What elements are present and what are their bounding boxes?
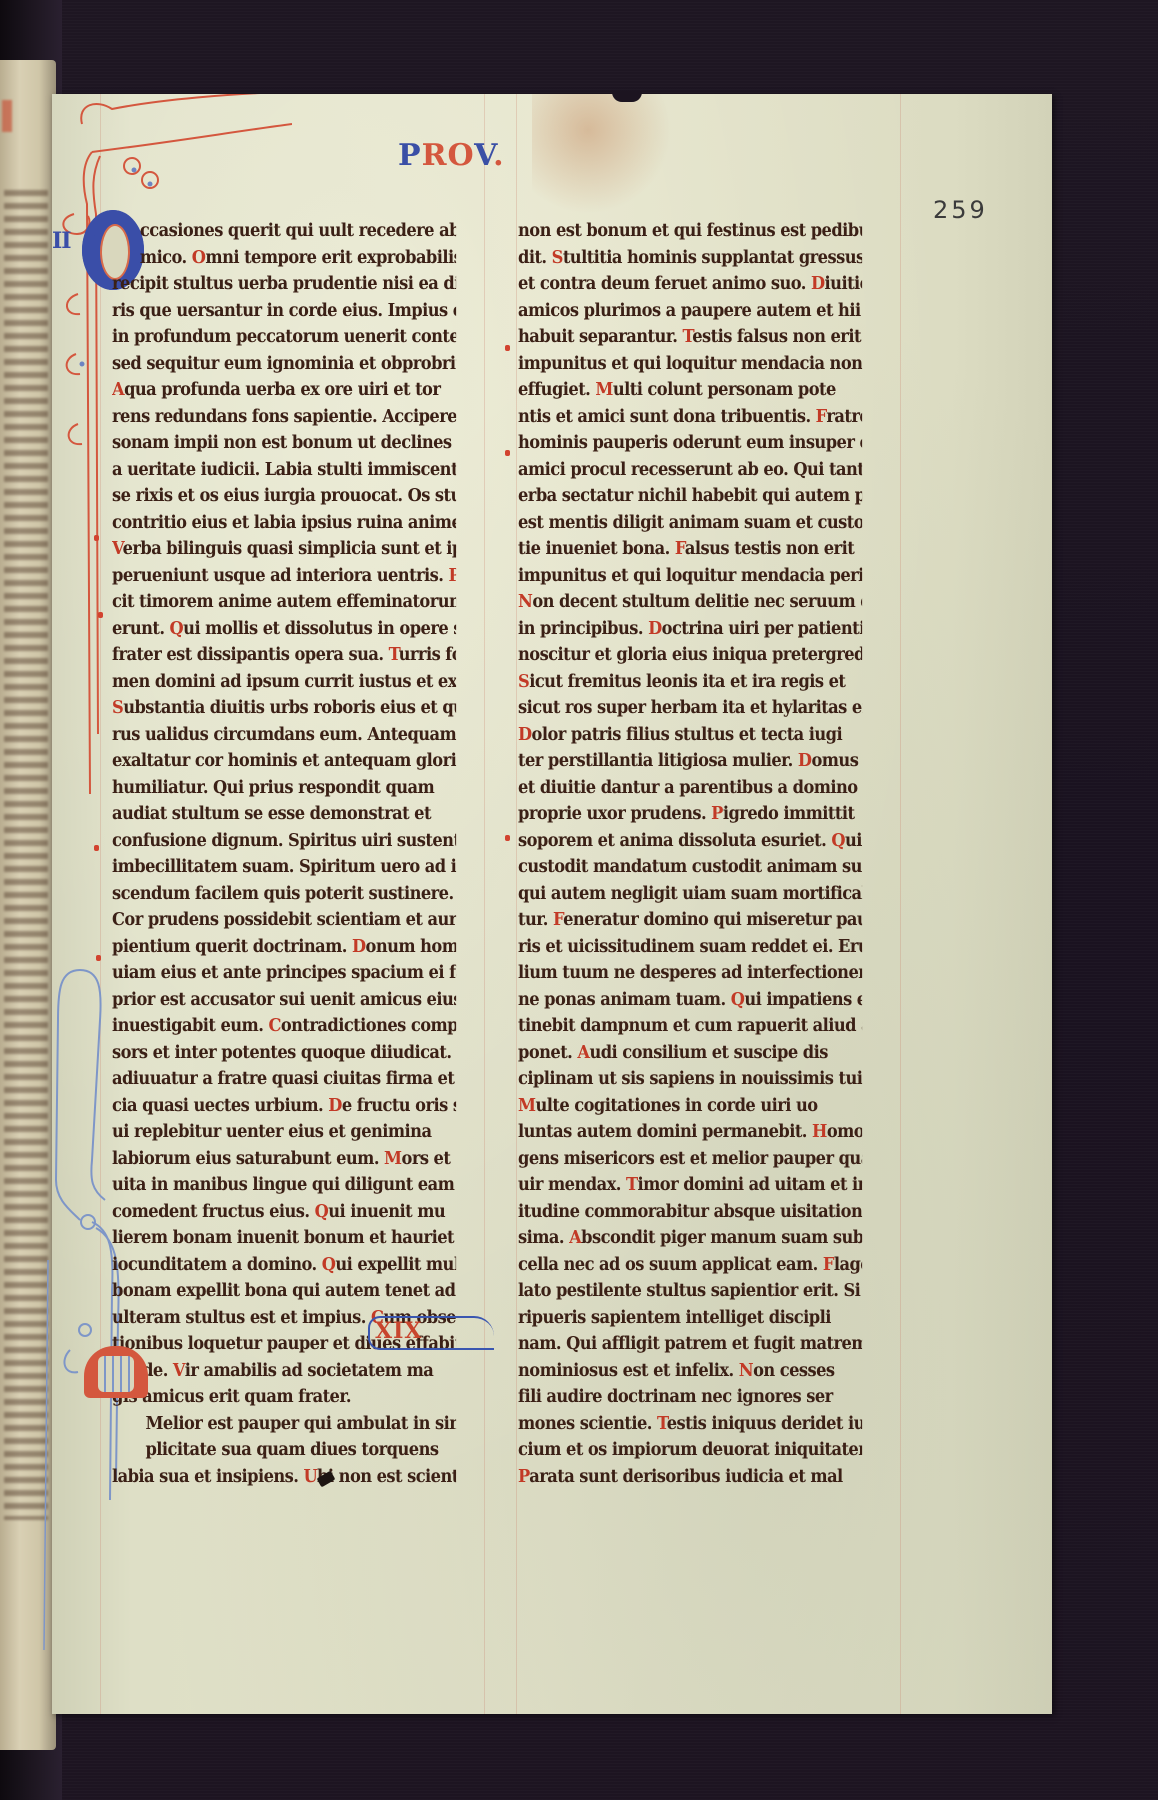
manuscript-text-line: tur. Feneratur domino qui miseretur paup…	[518, 907, 862, 934]
manuscript-text-line: amicos plurimos a paupere autem et hii q…	[518, 298, 862, 325]
running-head: PROV.	[398, 138, 505, 173]
blue-penwork-flourish-icon	[30, 960, 120, 1660]
manuscript-text-line: sicut ros super herbam ita et hylaritas …	[518, 695, 862, 722]
manuscript-text-line: ripueris sapientem intelliget discipli	[518, 1305, 862, 1332]
manuscript-text-line: mico. Omni tempore erit exprobabilis. No…	[112, 245, 456, 272]
manuscript-text-line: nominiosus est et infelix. Non cesses	[518, 1358, 862, 1385]
manuscript-text-line: cia quasi uectes urbium. De fructu oris …	[112, 1093, 456, 1120]
rubricated-capital: S	[112, 698, 123, 718]
rubricated-capital: P	[449, 566, 457, 586]
rubricated-capital: T	[657, 1414, 667, 1434]
manuscript-text-line: ciplinam ut sis sapiens in nouissimis tu…	[518, 1066, 862, 1093]
running-head-blue: P	[398, 138, 422, 173]
manuscript-text-line: dit. Stultitia hominis supplantat gressu…	[518, 245, 862, 272]
manuscript-text-line: Parata sunt derisoribus iudicia et mal	[518, 1464, 862, 1491]
manuscript-text-line: effugiet. Multi colunt personam pote	[518, 377, 862, 404]
rubricated-capital: M	[384, 1149, 401, 1169]
manuscript-text-line: Melior est pauper qui ambulat in sim	[112, 1411, 456, 1438]
paragraph-mark	[505, 450, 510, 456]
manuscript-text-line: rus ualidus circumdans eum. Antequam con…	[112, 722, 456, 749]
rubricated-capital: O	[192, 248, 206, 268]
manuscript-text-line: a ueritate iudicii. Labia stulti immisce…	[112, 457, 456, 484]
rubricated-capital: H	[812, 1122, 827, 1142]
manuscript-text-line: lierem bonam inuenit bonum et hauriet	[112, 1225, 456, 1252]
manuscript-text-line: contritio eius et labia ipsius ruina ani…	[112, 510, 456, 537]
manuscript-text-line: proprie uxor prudens. Pigredo immittit	[518, 801, 862, 828]
rubricated-capital: D	[518, 725, 532, 745]
manuscript-text-line: ne ponas animam tuam. Qui impatiens est …	[518, 987, 862, 1014]
initial-penwork-infill	[98, 1356, 134, 1392]
manuscript-text-line: sima. Abscondit piger manum suam sub as	[518, 1225, 862, 1252]
rubricated-capital: M	[518, 1096, 535, 1116]
rubricated-capital: D	[352, 937, 366, 957]
manuscript-text-line: erba sectatur nichil habebit qui autem p…	[518, 483, 862, 510]
rubricated-capital: A	[577, 1043, 589, 1063]
manuscript-text-line: frater est dissipantis opera sua. Turris…	[112, 642, 456, 669]
manuscript-text-line: perueniunt usque ad interiora uentris. P…	[112, 563, 456, 590]
manuscript-text-line: erunt. Qui mollis et dissolutus in opere…	[112, 616, 456, 643]
manuscript-text-line: uiam eius et ante principes spacium ei f…	[112, 960, 456, 987]
manuscript-text-line: pientium querit doctrinam. Donum hominis…	[112, 934, 456, 961]
rubricated-capital: T	[683, 327, 693, 347]
manuscript-text-line: habuit separantur. Testis falsus non eri…	[518, 324, 862, 351]
manuscript-text-line: in principibus. Doctrina uiri per patien…	[518, 616, 862, 643]
rubricated-capital: P	[711, 804, 723, 824]
paragraph-mark	[505, 345, 510, 351]
paragraph-mark	[96, 955, 101, 961]
rubricated-capital: Q	[322, 1255, 336, 1275]
manuscript-text-line: labiorum eius saturabunt eum. Mors et	[112, 1146, 456, 1173]
manuscript-text-line: exaltatur cor hominis et antequam glorif…	[112, 748, 456, 775]
manuscript-text-line: ccasiones querit qui uult recedere ab a	[112, 218, 456, 245]
water-stain	[532, 94, 672, 214]
manuscript-text-line: rigide. Vir amabilis ad societatem ma	[112, 1358, 456, 1385]
text-column-2: non est bonum et qui festinus est pedibu…	[518, 218, 888, 1490]
manuscript-text-line: Multe cogitationes in corde uiri uo	[518, 1093, 862, 1120]
manuscript-text-line: humiliatur. Qui prius respondit quam	[112, 775, 456, 802]
manuscript-text-line: imbecillitatem suam. Spiritum uero ad ir…	[112, 854, 456, 881]
rubricated-capital: S	[552, 248, 563, 268]
rubricated-capital: Q	[170, 619, 184, 639]
paragraph-mark	[94, 535, 99, 541]
manuscript-text-line: se rixis et os eius iurgia prouocat. Os …	[112, 483, 456, 510]
rubricated-capital: F	[823, 1255, 834, 1275]
manuscript-text-line: hominis pauperis oderunt eum insuper et	[518, 430, 862, 457]
rubricated-capital: P	[518, 1467, 529, 1487]
manuscript-text-line: et diuitie dantur a parentibus a domino …	[518, 775, 862, 802]
manuscript-text-line: tinebit dampnum et cum rapuerit aliud ap	[518, 1013, 862, 1040]
manuscript-text-line: ris et uicissitudinem suam reddet ei. Er…	[518, 934, 862, 961]
manuscript-text-line: lato pestilente stultus sapientior erit.…	[518, 1278, 862, 1305]
manuscript-text-line: inuestigabit eum. Contradictiones compri…	[112, 1013, 456, 1040]
running-head-red: RO	[422, 138, 475, 173]
manuscript-text-line: bonam expellit bona qui autem tenet ad	[112, 1278, 456, 1305]
manuscript-text-line: cit timorem anime autem effeminatorum es…	[112, 589, 456, 616]
rubricated-capital: F	[816, 407, 827, 427]
ruling-line	[516, 94, 517, 1714]
manuscript-text-line: qui autem negligit uiam suam mortificabi	[518, 881, 862, 908]
manuscript-text-line: custodit mandatum custodit animam suam	[518, 854, 862, 881]
manuscript-text-line: gis amicus erit quam frater.	[112, 1384, 456, 1411]
text-column-1: ccasiones querit qui uult recedere ab am…	[112, 218, 482, 1490]
manuscript-text-line: rens redundans fons sapientie. Accipere …	[112, 404, 456, 431]
manuscript-text-line: ponet. Audi consilium et suscipe dis	[518, 1040, 862, 1067]
rubricated-capital: D	[648, 619, 662, 639]
illuminated-initial-m	[84, 1346, 148, 1398]
running-head-red-tail: .	[493, 138, 504, 173]
manuscript-text-line: mones scientie. Testis iniquus deridet i…	[518, 1411, 862, 1438]
manuscript-text-line: est mentis diligit animam suam et custos…	[518, 510, 862, 537]
manuscript-text-line: luntas autem domini permanebit. Homo ind…	[518, 1119, 862, 1146]
manuscript-text-line: sonam impii non est bonum ut declines	[112, 430, 456, 457]
manuscript-text-line: et contra deum feruet animo suo. Diuitie…	[518, 271, 862, 298]
manuscript-text-line: cium et os impiorum deuorat iniquitatem.	[518, 1437, 862, 1464]
manuscript-text-line: Aqua profunda uerba ex ore uiri et tor	[112, 377, 456, 404]
manuscript-text-line: nam. Qui affligit patrem et fugit matrem…	[518, 1331, 862, 1358]
rubricated-capital: D	[328, 1096, 342, 1116]
manuscript-text-line: confusione dignum. Spiritus uiri sustent…	[112, 828, 456, 855]
manuscript-text-line: noscitur et gloria eius iniqua pretergre…	[518, 642, 862, 669]
rubricated-capital: T	[389, 645, 399, 665]
manuscript-text-line: Cor prudens possidebit scientiam et auri…	[112, 907, 456, 934]
manuscript-text-line: audiat stultum se esse demonstrat et	[112, 801, 456, 828]
rubricated-capital: M	[595, 380, 612, 400]
rubricated-capital: N	[739, 1361, 753, 1381]
manuscript-text-line: ui replebitur uenter eius et genimina	[112, 1119, 456, 1146]
ruling-line	[900, 94, 901, 1714]
manuscript-text-line: impunitus et qui loquitur mendacia perib…	[518, 563, 862, 590]
rubricated-capital: D	[811, 274, 825, 294]
rubricated-capital: U	[303, 1467, 317, 1487]
manuscript-text-line: itudine commorabitur absque uisitatione …	[518, 1199, 862, 1226]
manuscript-text-line: sed sequitur eum ignominia et obprobrium…	[112, 351, 456, 378]
manuscript-text-line: iocunditatem a domino. Qui expellit muli…	[112, 1252, 456, 1279]
manuscript-text-line: lium tuum ne desperes ad interfectionem …	[518, 960, 862, 987]
manuscript-text-line: comedent fructus eius. Qui inuenit mu	[112, 1199, 456, 1226]
manuscript-text-line: soporem et anima dissoluta esuriet. Qui	[518, 828, 862, 855]
manuscript-text-line: recipit stultus uerba prudentie nisi ea …	[112, 271, 456, 298]
manuscript-text-line: prior est accusator sui uenit amicus eiu…	[112, 987, 456, 1014]
rubricated-capital: T	[626, 1175, 638, 1195]
running-head-blue-tail: V	[474, 138, 493, 173]
rubricated-capital: Q	[831, 831, 845, 851]
manuscript-text-line: Sicut fremitus leonis ita et ira regis e…	[518, 669, 862, 696]
rubricated-capital: V	[173, 1361, 185, 1381]
manuscript-text-line: gens misericors est et melior pauper qua…	[518, 1146, 862, 1173]
rubricated-capital: F	[553, 910, 563, 930]
chapter-marker-left: II	[52, 228, 71, 254]
manuscript-text-line: plicitate sua quam diues torquens	[112, 1437, 456, 1464]
rubricated-capital: A	[112, 380, 124, 400]
chapter-marker-inline: XIX	[375, 1318, 422, 1344]
manuscript-text-line: Verba bilinguis quasi simplicia sunt et …	[112, 536, 456, 563]
rubricated-capital: N	[518, 592, 532, 612]
manuscript-text-line: amici procul recesserunt ab eo. Qui tant…	[518, 457, 862, 484]
manuscript-text-line: Substantia diuitis urbs roboris eius et …	[112, 695, 456, 722]
manuscript-text-line: uita in manibus lingue qui diligunt eam	[112, 1172, 456, 1199]
rubricated-capital: F	[675, 539, 685, 559]
manuscript-text-line: in profundum peccatorum uenerit contempn…	[112, 324, 456, 351]
manuscript-text-line: fili audire doctrinam nec ignores ser	[518, 1384, 862, 1411]
manuscript-text-line: uir mendax. Timor domini ad uitam et in …	[518, 1172, 862, 1199]
manuscript-text-line: impunitus et qui loquitur mendacia non	[518, 351, 862, 378]
paragraph-mark	[505, 835, 510, 841]
rubricated-capital: C	[268, 1016, 280, 1036]
manuscript-text-line: Non decent stultum delitie nec seruum do…	[518, 589, 862, 616]
folio-number: 259	[933, 196, 988, 224]
manuscript-text-line: sors et inter potentes quoque diiudicat.…	[112, 1040, 456, 1067]
manuscript-text-line: adiuuatur a fratre quasi ciuitas firma e…	[112, 1066, 456, 1093]
manuscript-text-line: non est bonum et qui festinus est pedibu…	[518, 218, 862, 245]
manuscript-text-line: ter perstillantia litigiosa mulier. Domu…	[518, 748, 862, 775]
ruling-line	[484, 94, 485, 1714]
manuscript-text-line: Dolor patris filius stultus et tecta iug…	[518, 722, 862, 749]
manuscript-text-line: ris que uersantur in corde eius. Impius …	[112, 298, 456, 325]
rubricated-capital: Q	[315, 1202, 329, 1222]
rubricated-capital: A	[569, 1228, 581, 1248]
paragraph-mark	[98, 612, 103, 618]
rubricated-capital: V	[112, 539, 123, 559]
rubricated-capital: Q	[731, 990, 745, 1010]
manuscript-text-line: scendum facilem quis poterit sustinere.	[112, 881, 456, 908]
manuscript-text-line: labia sua et insipiens. Ubi non est scie…	[112, 1464, 456, 1491]
manuscript-text-line: cella nec ad os suum applicat eam. Flage…	[518, 1252, 862, 1279]
rubricated-capital: D	[798, 751, 812, 771]
paragraph-mark	[94, 845, 99, 851]
rubric-bleed-mark	[2, 100, 12, 132]
manuscript-text-line: men domini ad ipsum currit iustus et exa…	[112, 669, 456, 696]
rubricated-capital: S	[518, 672, 529, 692]
manuscript-text-line: ntis et amici sunt dona tribuentis. Frat…	[518, 404, 862, 431]
manuscript-text-line: tie inueniet bona. Falsus testis non eri…	[518, 536, 862, 563]
